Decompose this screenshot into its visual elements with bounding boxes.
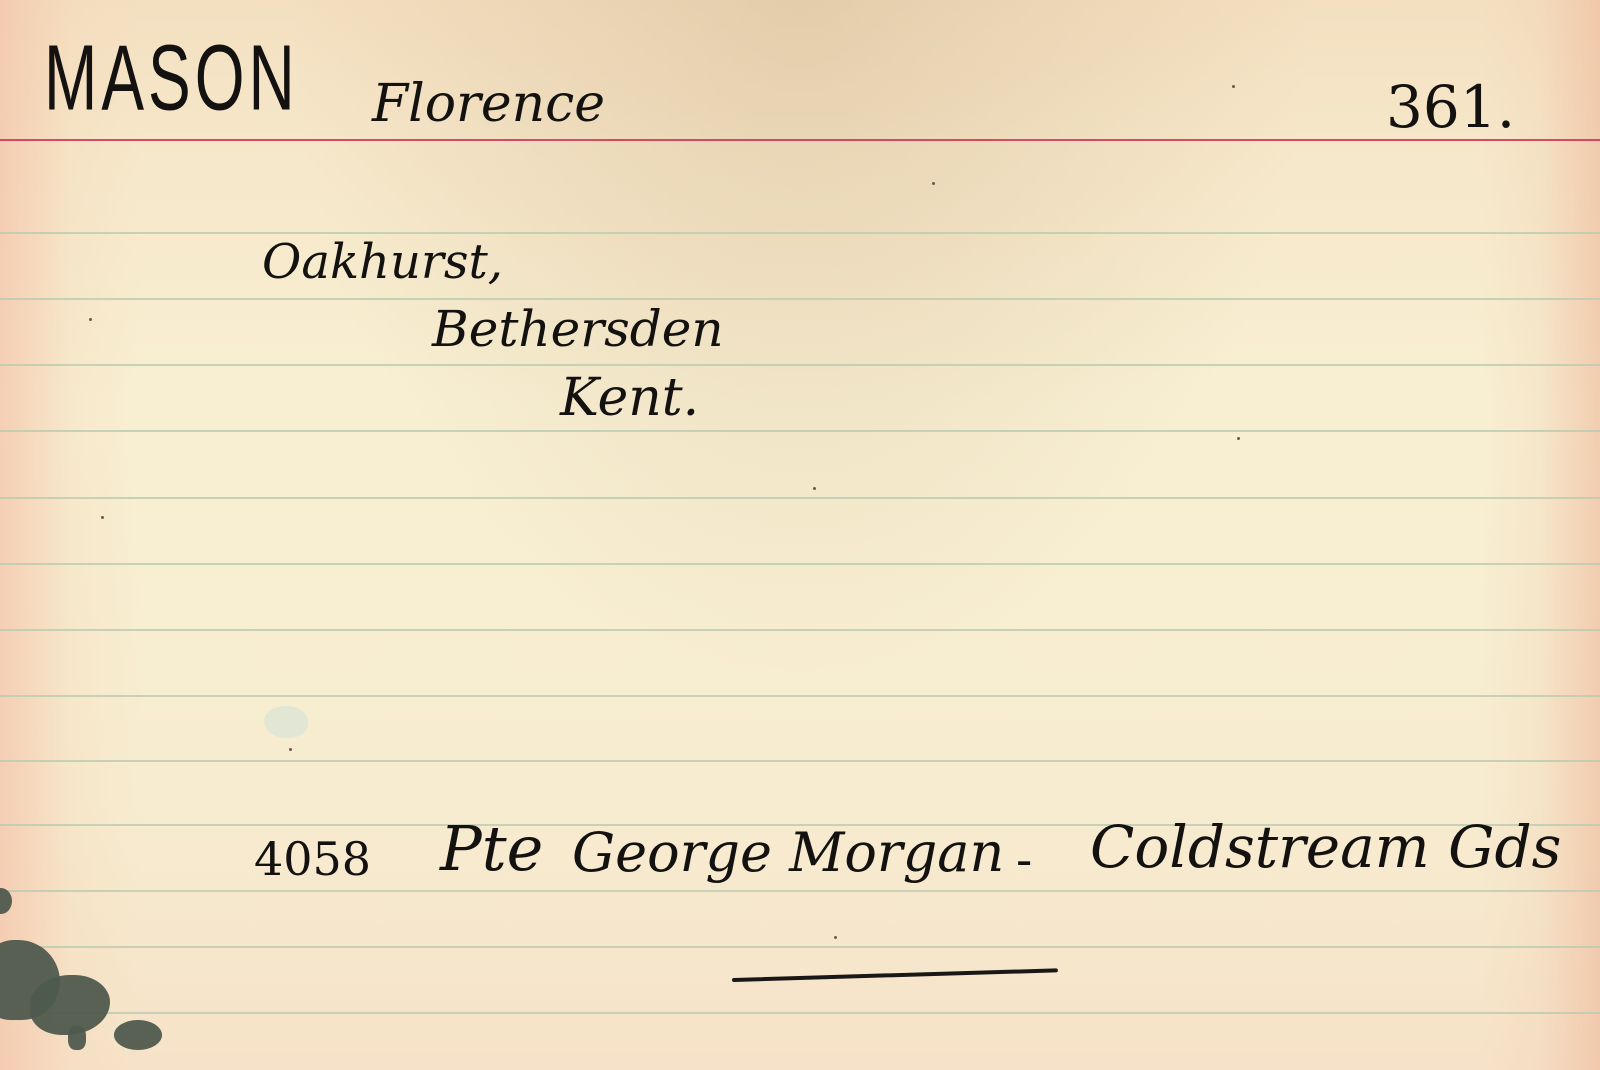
- paper-speck: [1237, 437, 1240, 440]
- card-number: 361.: [1386, 78, 1515, 136]
- ink-blot: [68, 1026, 86, 1050]
- faint-stain: [264, 706, 308, 738]
- address-line-2: Bethersden: [432, 304, 724, 354]
- paper-speck: [1232, 85, 1235, 88]
- paper-speck: [101, 516, 104, 519]
- entry-separator: -: [1016, 836, 1032, 884]
- index-card: MASON Florence 361. Oakhurst, Bethersden…: [0, 0, 1600, 1070]
- ruled-line: [0, 695, 1600, 697]
- address-line-1: Oakhurst,: [262, 238, 503, 286]
- ruled-line: [0, 629, 1600, 631]
- service-number: 4058: [254, 836, 371, 882]
- regiment: Coldstream Gds: [1090, 818, 1561, 876]
- surname: MASON: [44, 31, 299, 124]
- ruled-line: [0, 890, 1600, 892]
- ink-blot: [30, 975, 110, 1035]
- given-name: Florence: [372, 78, 605, 130]
- header-rule: [0, 139, 1600, 141]
- ruled-line: [0, 232, 1600, 234]
- ruled-line: [0, 364, 1600, 366]
- ruled-line: [0, 298, 1600, 300]
- ruled-line: [0, 563, 1600, 565]
- paper-speck: [932, 182, 935, 185]
- ruled-line: [0, 760, 1600, 762]
- address-line-3: Kent.: [560, 372, 699, 424]
- ruled-line: [0, 1012, 1600, 1014]
- rank: Pte: [440, 818, 543, 880]
- ink-blot: [114, 1020, 162, 1050]
- ruled-line: [0, 497, 1600, 499]
- paper-speck: [813, 487, 816, 490]
- paper-speck: [834, 936, 837, 939]
- paper-speck: [89, 318, 92, 321]
- paper-speck: [289, 748, 292, 751]
- ruled-line: [0, 430, 1600, 432]
- soldier-name: George Morgan: [572, 826, 1004, 880]
- ruled-line: [0, 946, 1600, 948]
- handwritten-underline: [732, 968, 1058, 982]
